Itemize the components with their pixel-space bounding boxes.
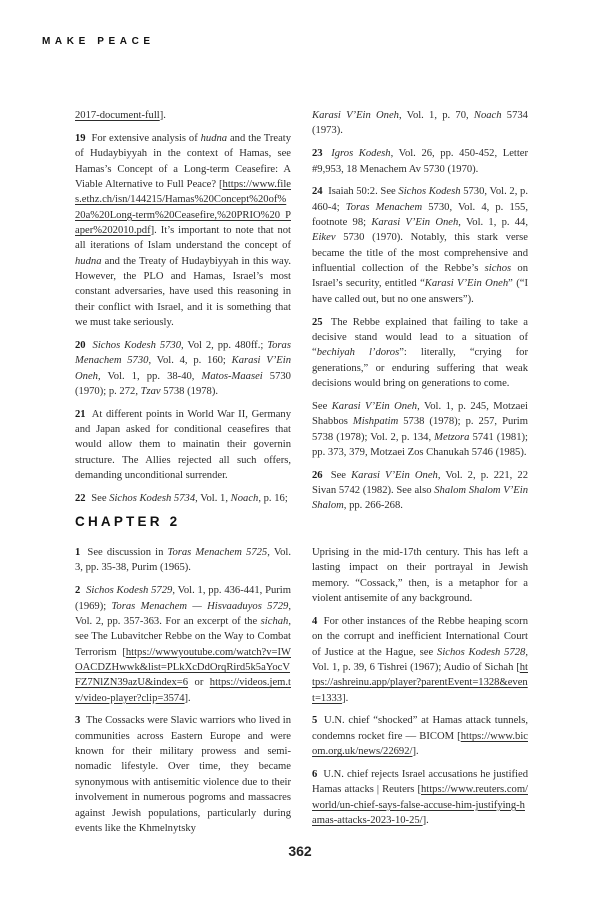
footnote-text: and the Treaty of Hudaybiyyah in this wa… [75,256,291,328]
italic-title: Karasi V’Ein Oneh [332,401,417,412]
footnote-continuation: 2017-document-full]. [75,108,291,123]
footnote-text: , Vol 2, pp. 480ff.; [181,340,267,351]
footnote-23: 23 Igros Kodesh, Vol. 26, pp. 450-452, L… [312,146,528,177]
notes-column-right-ch1: Karasi V’Ein Oneh, Vol. 1, p. 70, Noach … [312,108,528,521]
italic-title: Noach [474,110,502,121]
footnote-24: 24 Isaiah 50:2. See Sichos Kodesh 5730, … [312,184,528,307]
footnote-text: See [312,401,332,412]
footnote-number: 26 [312,470,323,481]
italic-title: Toras Menachem 5725 [168,547,268,558]
footnote-text: The Cossacks were Slavic warriors who li… [75,715,291,833]
footnote-20: 20 Sichos Kodesh 5730, Vol 2, pp. 480ff.… [75,338,291,399]
italic-title: Sichos Kodesh [398,186,460,197]
footnote-text: ]. [423,815,429,826]
footnote-19: 19 For extensive analysis of hudna and t… [75,131,291,330]
italic-title: Mishpatim [353,416,398,427]
footnote-text: ]. [412,746,418,757]
italic-title: Toras Menachem — Hisvaaduyos 5729 [112,601,289,612]
italic-title: Sichos Kodesh 5728 [437,647,525,658]
footnote-3: 3 The Cossacks were Slavic warriors who … [75,713,291,836]
footnote-21: 21 At different points in World War II, … [75,407,291,484]
footnote-text: 5738 (1978). [161,386,218,397]
footnote-text: See [89,493,110,504]
footnote-number: 19 [75,133,86,144]
footnote-continuation: See Karasi V’Ein Oneh, Vol. 1, p. 245, M… [312,399,528,460]
footnote-text: See discussion in [83,547,167,558]
footnote-text: For extensive analysis of [89,133,201,144]
italic-title: Sichos Kodesh 5729 [86,585,172,596]
footnote-6: 6 U.N. chief rejects Israel accusations … [312,767,528,828]
footnote-2: 2 Sichos Kodesh 5729, Vol. 1, pp. 436-44… [75,583,291,706]
footnote-text: , Vol. 1, [195,493,231,504]
footnote-link[interactable]: 2017-document-full [75,110,160,121]
footnote-text: , pp. 266-268. [344,500,403,511]
footnote-number: 1 [75,547,80,558]
footnote-number: 4 [312,616,317,627]
footnote-text: At different points in World War II, Ger… [75,409,291,481]
footnote-number: 21 [75,409,86,420]
footnote-text: , p. 16; [258,493,287,504]
footnote-text: ]. [342,693,348,704]
footnote-text: See [326,470,352,481]
footnote-text: , Vol. 1, pp. 38-40, [98,371,202,382]
footnote-text: or [188,677,210,688]
notes-column-right-ch2: Uprising in the mid-17th century. This h… [312,545,528,836]
footnote-25: 25 The Rebbe explained that failing to t… [312,315,528,392]
footnote-number: 2 [75,585,80,596]
italic-title: Igros Kodesh [331,148,390,159]
footnote-number: 3 [75,715,80,726]
footnote-text: , Vol. 1, p. 70, [399,110,474,121]
italic-title: Tzav [141,386,161,397]
running-head: MAKE PEACE [42,36,155,47]
italic-title: Noach [231,493,259,504]
chapter-heading: CHAPTER 2 [75,514,180,529]
italic-title: Eikev [312,232,336,243]
footnote-26: 26 See Karasi V’Ein Oneh, Vol. 2, p. 221… [312,468,528,514]
footnote-text: , Vol. 1, p. 44, [458,217,528,228]
footnote-5: 5 U.N. chief “shocked” at Hamas attack t… [312,713,528,759]
italic-title: Karasi V’Ein Oneh [351,470,438,481]
footnote-continuation: Karasi V’Ein Oneh, Vol. 1, p. 70, Noach … [312,108,528,139]
italic-title: Sichos Kodesh 5734 [109,493,195,504]
footnote-number: 22 [75,493,86,504]
footnote-1: 1 See discussion in Toras Menachem 5725,… [75,545,291,576]
footnote-number: 20 [75,340,86,351]
footnote-continuation: Uprising in the mid-17th century. This h… [312,545,528,606]
footnote-text: Isaiah 50:2. See [326,186,399,197]
italic-title: Metzora [434,432,469,443]
italic-title: Karasi V’Ein Oneh [371,217,458,228]
italic-title: Karasi V’Ein Oneh [312,110,399,121]
footnote-text: ]. [160,110,166,121]
italic-title: sichos [485,263,511,274]
footnote-text: , Vol. 4, p. 160; [148,355,231,366]
italic-title: Matos-Maasei [202,371,263,382]
italic-title: hudna [75,256,101,267]
italic-title: Sichos Kodesh 5730 [93,340,182,351]
italic-title: Karasi V’Ein Oneh [425,278,508,289]
italic-title: Toras Menachem [346,202,422,213]
footnote-text: Uprising in the mid-17th century. This h… [312,547,528,604]
footnote-number: 23 [312,148,323,159]
footnote-number: 6 [312,769,317,780]
notes-column-left-ch2: 1 See discussion in Toras Menachem 5725,… [75,545,291,844]
italic-title: sichah [261,616,289,627]
page-number: 362 [0,843,600,859]
footnote-text: ]. [185,693,191,704]
footnote-22: 22 See Sichos Kodesh 5734, Vol. 1, Noach… [75,491,291,506]
notes-column-left-ch1: 2017-document-full].19 For extensive ana… [75,108,291,514]
footnote-4: 4 For other instances of the Rebbe heapi… [312,614,528,706]
italic-title: hudna [201,133,227,144]
footnote-number: 5 [312,715,317,726]
footnote-number: 25 [312,317,323,328]
footnote-number: 24 [312,186,323,197]
italic-title: bechiyah l’doros [317,347,400,358]
